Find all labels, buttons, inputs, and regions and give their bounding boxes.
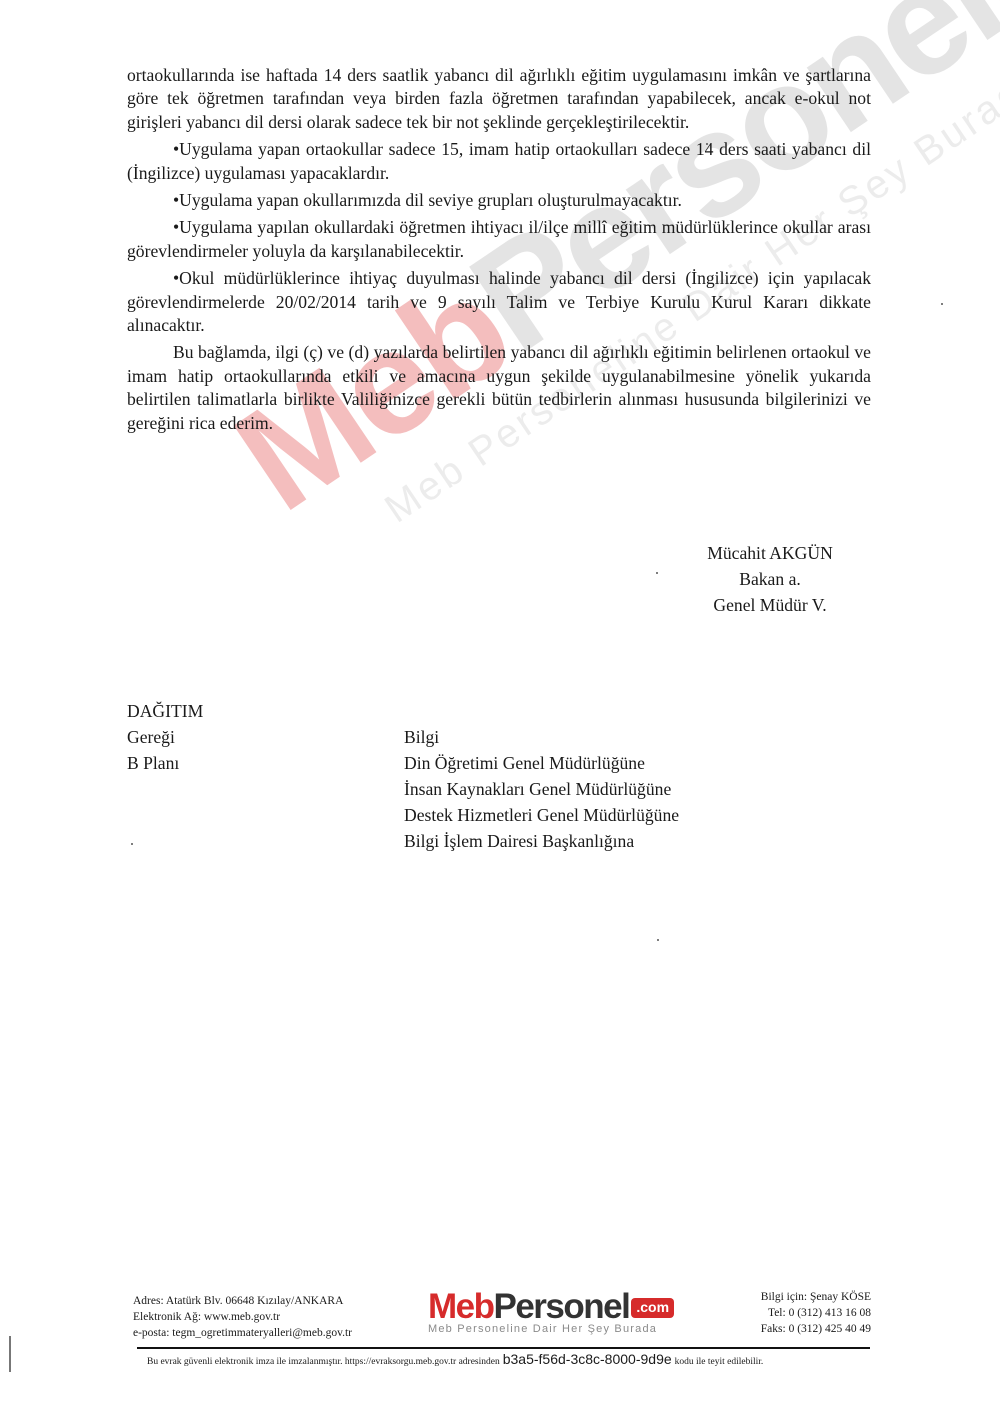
distribution-item: Destek Hizmetleri Genel Müdürlüğüne [404, 802, 827, 828]
mebpersonel-logo: MebPersonel.com Meb Personeline Dair Her… [428, 1289, 698, 1341]
distribution-item: Bilgi [404, 724, 827, 750]
footer-contact: Bilgi için: Şenay KÖSE Tel: 0 (312) 413 … [761, 1289, 871, 1337]
bullet-paragraph: •Uygulama yapan okullarımızda dil seviye… [127, 189, 871, 212]
scan-speck [941, 303, 943, 305]
footer-address: Adres: Atatürk Blv. 06648 Kızılay/ANKARA… [133, 1293, 352, 1341]
address-line: Adres: Atatürk Blv. 06648 Kızılay/ANKARA [133, 1293, 352, 1309]
signatory-name: Mücahit AKGÜN [680, 540, 860, 566]
scan-speck [657, 939, 659, 941]
e-signature-verification: Bu evrak güvenli elektronik imza ile imz… [147, 1351, 870, 1367]
footer-divider [137, 1347, 870, 1349]
distribution-list: DAĞITIM Gereği B Planı Bilgi Din Öğretim… [127, 698, 827, 854]
distribution-item: B Planı [127, 750, 404, 776]
footer: Adres: Atatürk Blv. 06648 Kızılay/ANKARA… [0, 1285, 1000, 1385]
contact-fax: Faks: 0 (312) 425 40 49 [761, 1321, 871, 1337]
letter-body: ortaokullarında ise haftada 14 ders saat… [127, 64, 871, 439]
distribution-info-column: Bilgi Din Öğretimi Genel Müdürlüğüne İns… [404, 724, 827, 854]
verification-code: b3a5-f56d-3c8c-8000-9d9e [503, 1351, 672, 1367]
closing-paragraph: Bu bağlamda, ilgi (ç) ve (d) yazılarda b… [127, 341, 871, 435]
distribution-item: İnsan Kaynakları Genel Müdürlüğüne [404, 776, 827, 802]
paragraph-continuation: ortaokullarında ise haftada 14 ders saat… [127, 64, 871, 134]
signatory-on-behalf: Bakan a. [680, 566, 860, 592]
distribution-item: Bilgi İşlem Dairesi Başkanlığına [404, 828, 827, 854]
contact-phone: Tel: 0 (312) 413 16 08 [761, 1305, 871, 1321]
signatory-title: Genel Müdür V. [680, 592, 860, 618]
contact-person: Bilgi için: Şenay KÖSE [761, 1289, 871, 1305]
bullet-paragraph: •Uygulama yapan ortaokullar sadece 15, i… [127, 138, 871, 185]
email-line: e-posta: tegm_ogretimmateryalleri@meb.go… [133, 1325, 352, 1341]
distribution-action-column: Gereği B Planı [127, 724, 404, 854]
bullet-paragraph: •Uygulama yapılan okullardaki öğretmen i… [127, 216, 871, 263]
scan-speck [656, 572, 658, 574]
bullet-paragraph: •Okul müdürlüklerince ihtiyaç duyulması … [127, 267, 871, 337]
website-line: Elektronik Ağ: www.meb.gov.tr [133, 1309, 352, 1325]
document-page: MebPersonel.com Meb Personeline Dair Her… [0, 0, 1000, 1410]
distribution-title: DAĞITIM [127, 698, 827, 724]
signature-block: Mücahit AKGÜN Bakan a. Genel Müdür V. [680, 540, 860, 618]
distribution-item: Din Öğretimi Genel Müdürlüğüne [404, 750, 827, 776]
distribution-item: Gereği [127, 724, 404, 750]
